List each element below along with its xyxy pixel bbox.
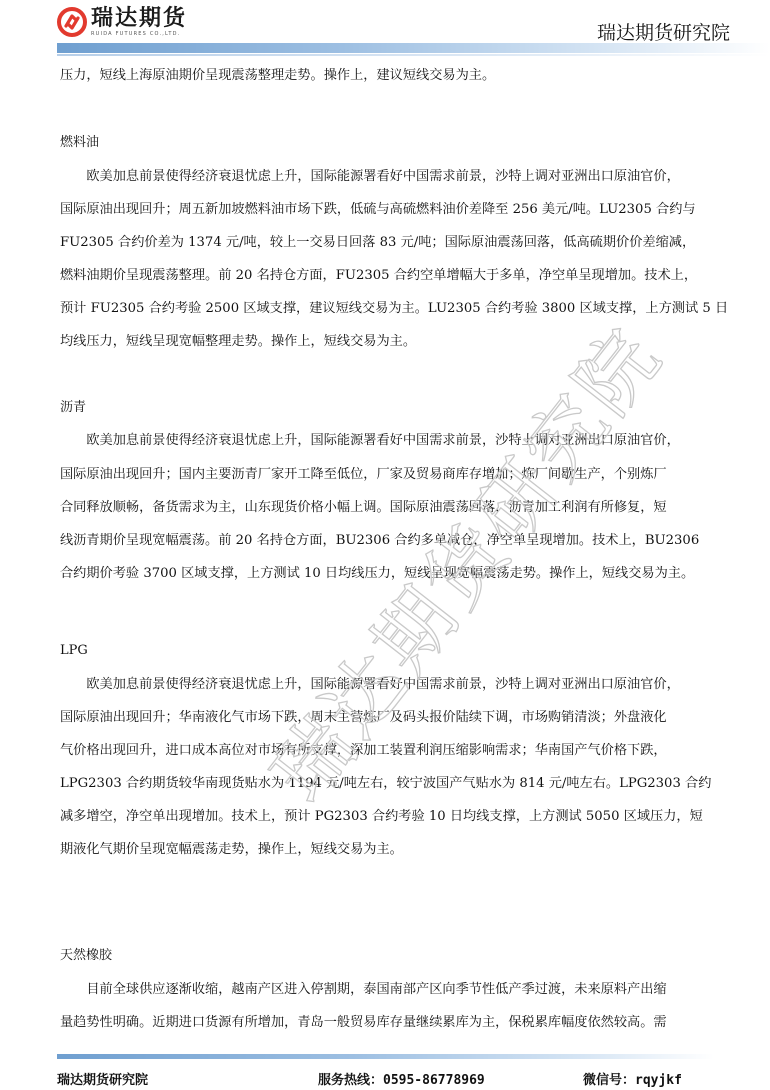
paragraph-line: 均线压力，短线呈现宽幅整理走势。操作上，短线交易为主。 <box>60 333 416 351</box>
intro-line: 压力，短线上海原油期价呈现震荡整理走势。操作上，建议短线交易为主。 <box>60 67 495 85</box>
paragraph-line: 目前全球供应逐渐收缩，越南产区进入停割期，泰国南部产区向季节性低产季过渡，未来原… <box>60 981 667 999</box>
paragraph-line: 国际原油出现回升；华南液化气市场下跌，周末主营炼厂及码头报价陆续下调，市场购销清… <box>60 709 667 727</box>
paragraph-line: 量趋势性明确。近期进口货源有所增加，青岛一般贸易库存量继续累库为主，保税累库幅度… <box>60 1014 667 1032</box>
paragraph-line: 减多增空，净空单出现增加。技术上，预计 PG2303 合约考验 10 日均线支撑… <box>60 808 703 826</box>
company-logo: 瑞达期货 RUIDA FUTURES CO.,LTD. <box>57 4 187 40</box>
footer-hotline: 服务热线：0595-86778969 <box>318 1069 485 1088</box>
footer-divider-bar <box>57 1054 714 1059</box>
paragraph-line: 期液化气期价呈现宽幅震荡走势，操作上，短线交易为主。 <box>60 841 403 859</box>
header-divider-thin <box>57 54 770 56</box>
paragraph-line: 合同释放顺畅，备货需求为主，山东现货价格小幅上调。国际原油震荡回落，沥青加工利润… <box>60 499 667 517</box>
paragraph-line: 欧美加息前景使得经济衰退忧虑上升，国际能源署看好中国需求前景，沙特上调对亚洲出口… <box>60 168 680 186</box>
footer-org: 瑞达期货研究院 <box>57 1069 148 1088</box>
section-heading-lpg: LPG <box>60 642 88 660</box>
paragraph-line: 国际原油出现回升；国内主要沥青厂家开工降至低位，厂家及贸易商库存增加；炼厂间歇生… <box>60 466 667 484</box>
section-heading-natural-rubber: 天然橡胶 <box>60 947 112 965</box>
header-title: 瑞达期货研究院 <box>597 18 730 45</box>
paragraph-line: 欧美加息前景使得经济衰退忧虑上升，国际能源署看好中国需求前景，沙特上调对亚洲出口… <box>60 432 680 450</box>
paragraph-line: 国际原油出现回升；周五新加坡燃料油市场下跌，低硫与高硫燃料油价差降至 256 美… <box>60 201 696 219</box>
paragraph-line: 线沥青期价呈现宽幅震荡。前 20 名持仓方面，BU2306 合约多单减仓，净空单… <box>60 532 699 550</box>
paragraph-line: LPG2303 合约期货较华南现货贴水为 1194 元/吨左右，较宁波国产气贴水… <box>60 775 711 793</box>
section-heading-asphalt: 沥青 <box>60 399 86 417</box>
page-header: 瑞达期货 RUIDA FUTURES CO.,LTD. 瑞达期货研究院 <box>0 0 770 62</box>
paragraph-line: 欧美加息前景使得经济衰退忧虑上升，国际能源署看好中国需求前景，沙特上调对亚洲出口… <box>60 676 680 694</box>
logo-chinese-name: 瑞达期货 <box>91 7 187 31</box>
section-heading-fuel-oil: 燃料油 <box>60 134 99 152</box>
paragraph-line: 预计 FU2305 合约考验 2500 区域支撑，建议短线交易为主。LU2305… <box>60 300 728 318</box>
paragraph-line: 气价格出现回升，进口成本高位对市场有所支撑，深加工装置利润压缩影响需求；华南国产… <box>60 742 667 760</box>
paragraph-line: 燃料油期价呈现震荡整理。前 20 名持仓方面，FU2305 合约空单增幅大于多单… <box>60 267 697 285</box>
paragraph-line: FU2305 合约价差为 1374 元/吨，较上一交易日回落 83 元/吨；国际… <box>60 234 695 252</box>
paragraph-line: 合约期价考验 3700 区域支撑，上方测试 10 日均线压力，短线呈现宽幅震荡走… <box>60 565 694 583</box>
ruida-logo-icon <box>57 7 87 37</box>
logo-english-name: RUIDA FUTURES CO.,LTD. <box>91 31 187 38</box>
footer-wechat: 微信号：rqyjkf <box>583 1069 682 1088</box>
header-divider-bar <box>57 43 770 53</box>
